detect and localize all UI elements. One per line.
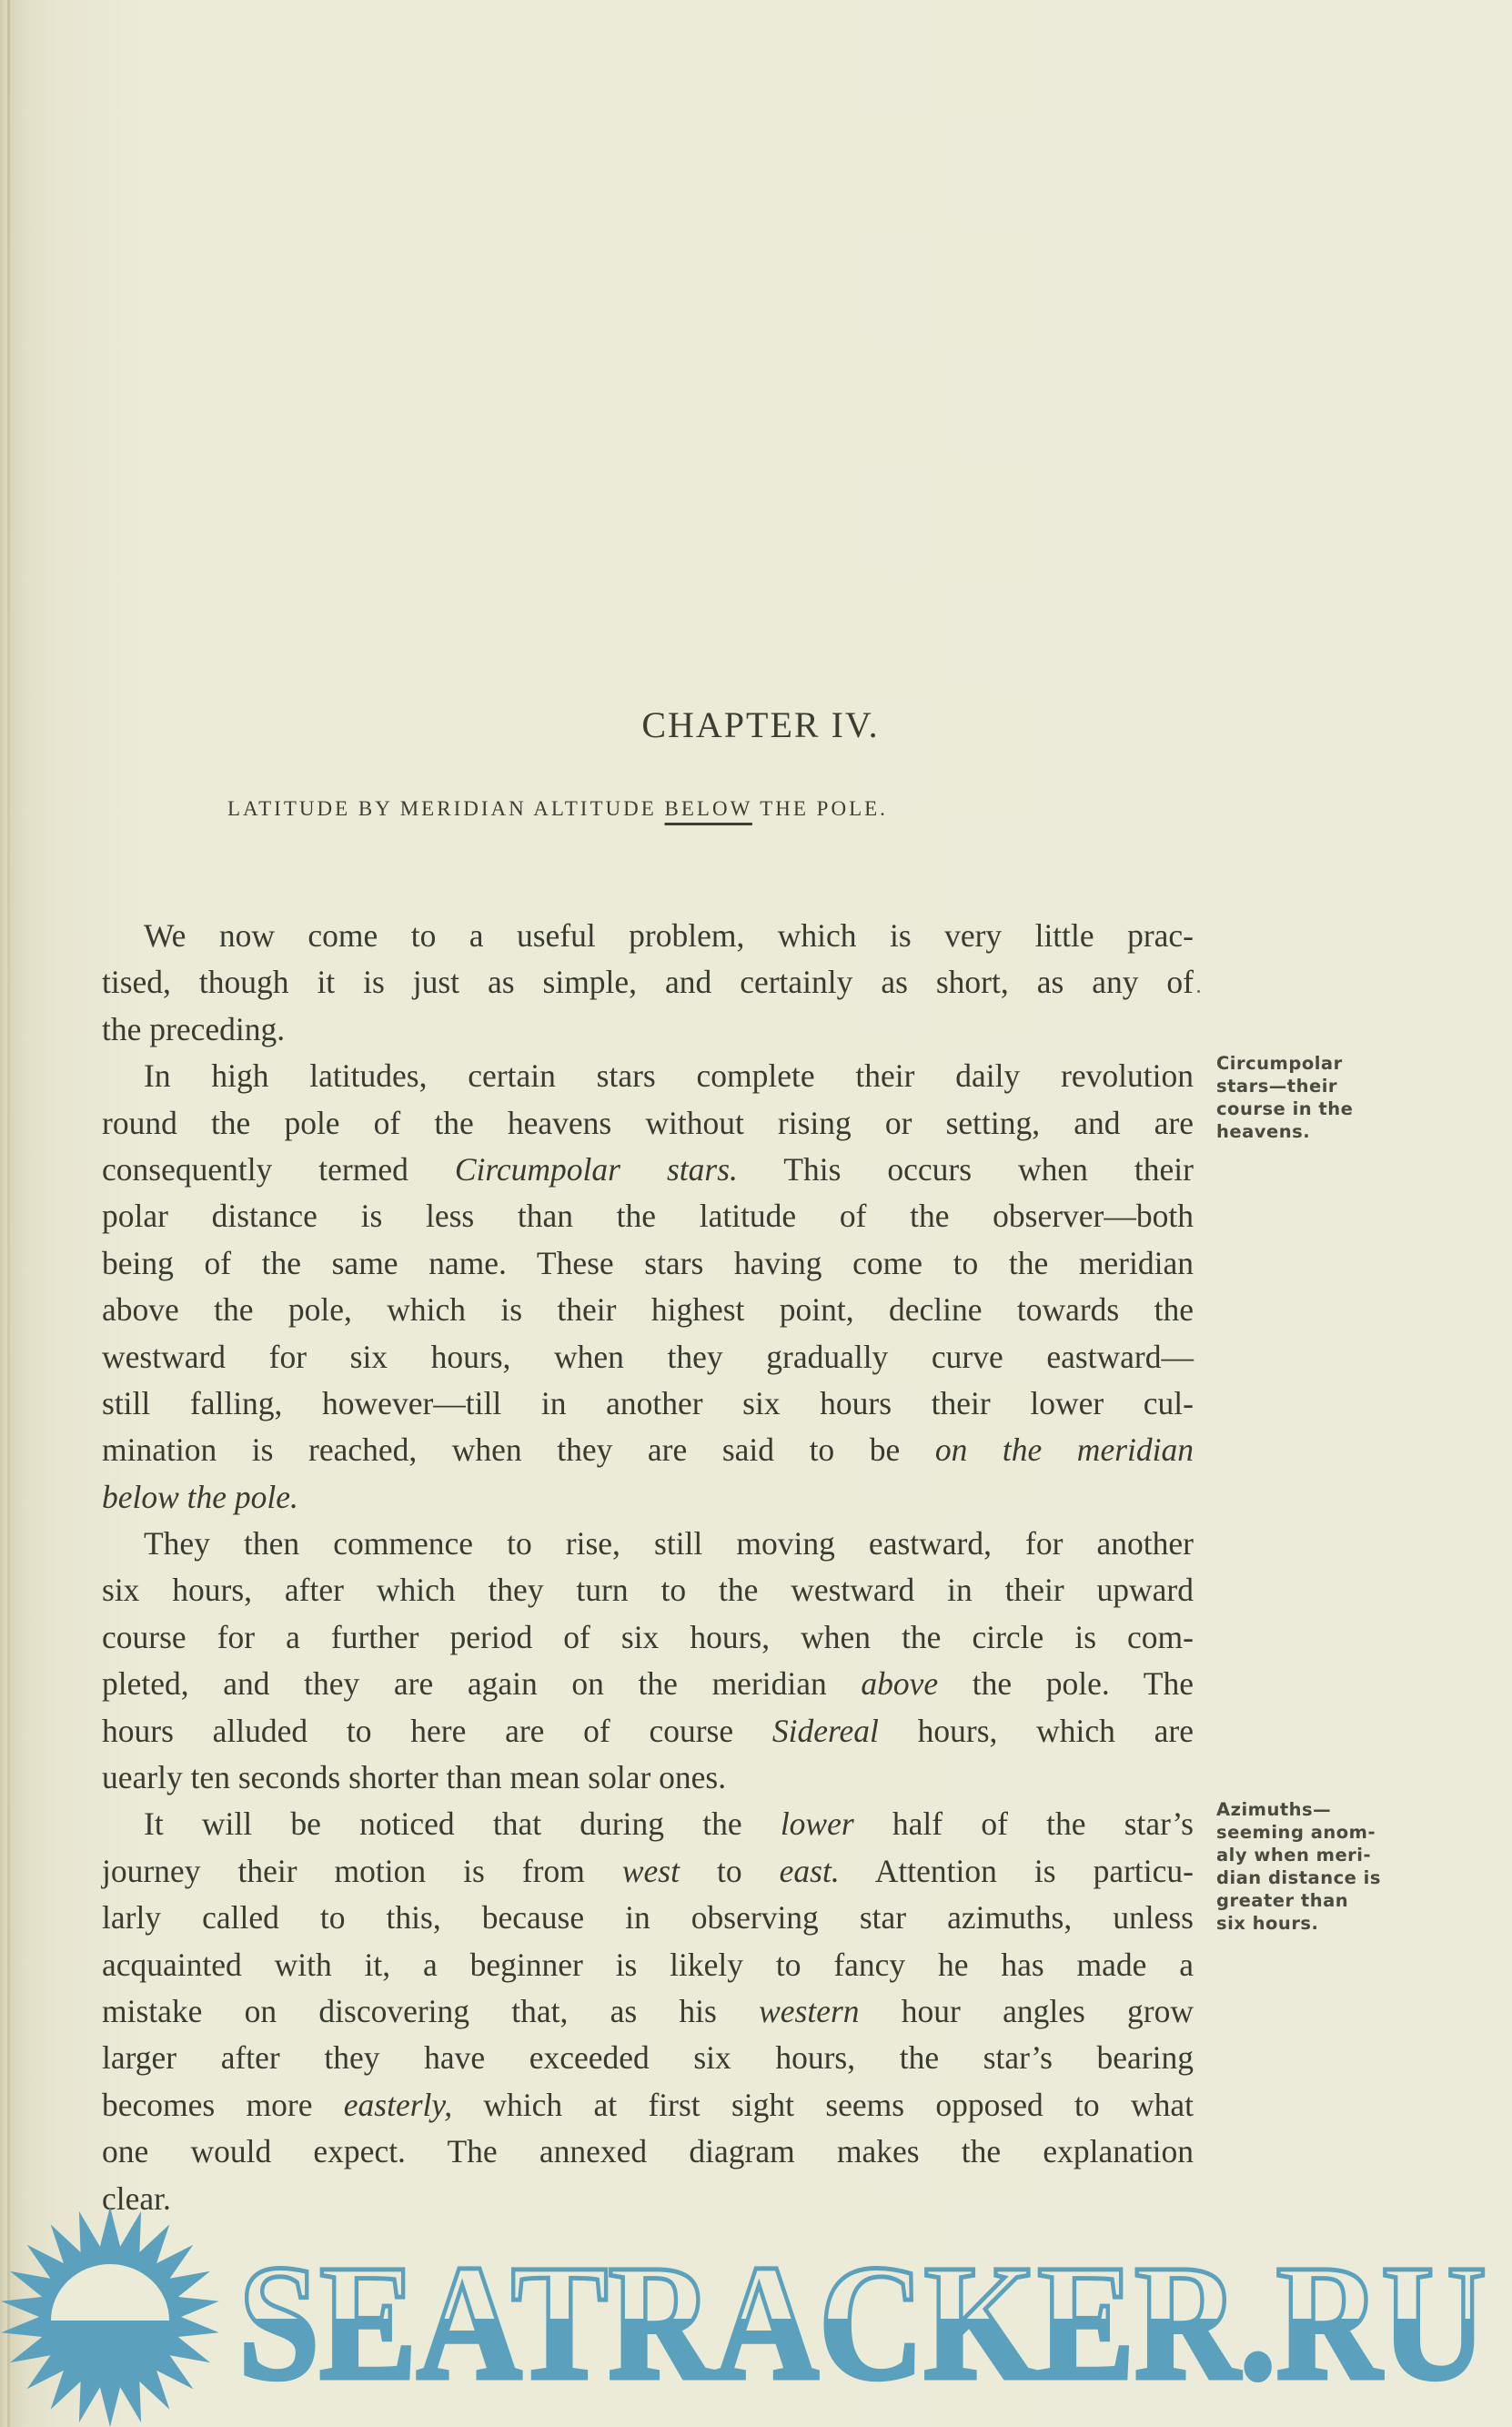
margin-note-line: dian distance is	[1216, 1866, 1398, 1889]
italic-term: western	[759, 1993, 859, 2029]
text-line: hours alluded to here are of course Side…	[102, 1708, 1194, 1755]
margin-note-line: Azimuths—	[1216, 1798, 1398, 1821]
italic-term: Sidereal	[772, 1713, 879, 1749]
text-line: They then commence to rise, still moving…	[102, 1521, 1194, 1567]
margin-note-line: course in the	[1216, 1097, 1398, 1120]
italic-term: below the pole.	[102, 1479, 298, 1515]
text-line: being of the same name. These stars havi…	[102, 1240, 1194, 1287]
chapter-title: CHAPTER IV.	[0, 703, 1512, 746]
italic-term: on the meridian	[935, 1431, 1194, 1468]
text-line: It will be noticed that during the lower…	[102, 1801, 1194, 1847]
margin-note-azimuths: Azimuths—seeming anom-aly when meri-dian…	[1216, 1798, 1398, 1935]
subtitle-before: LATITUDE BY MERIDIAN ALTITUDE	[227, 797, 665, 820]
book-spine-edge	[7, 0, 10, 2427]
margin-note-line: greater than	[1216, 1889, 1398, 1912]
text-line: larly called to this, because in observi…	[102, 1895, 1194, 1941]
text-line: mination is reached, when they are said …	[102, 1427, 1194, 1473]
italic-term: lower	[781, 1805, 854, 1842]
margin-note-circumpolar: Circumpolarstars—theircourse in theheave…	[1216, 1052, 1398, 1143]
chapter-title-text: CHAPTER IV.	[641, 703, 879, 746]
italic-term: Circumpolar stars.	[455, 1151, 738, 1188]
text-line: course for a further period of six hours…	[102, 1614, 1194, 1661]
margin-note-line: stars—their	[1216, 1075, 1398, 1097]
italic-term: above	[861, 1665, 938, 1702]
margin-note-line: Circumpolar	[1216, 1052, 1398, 1075]
text-line: round the pole of the heavens without ri…	[102, 1100, 1194, 1147]
text-line: pleted, and they are again on the meridi…	[102, 1661, 1194, 1707]
margin-note-line: six hours.	[1216, 1912, 1398, 1935]
margin-note-line: seeming anom-	[1216, 1821, 1398, 1844]
italic-term: west	[622, 1853, 680, 1889]
margin-note-line: aly when meri-	[1216, 1844, 1398, 1866]
text-line: We now come to a useful problem, which i…	[102, 913, 1194, 959]
half-sun-icon	[0, 2206, 224, 2427]
text-line: polar distance is less than the latitude…	[102, 1193, 1194, 1239]
text-line: In high latitudes, certain stars complet…	[102, 1053, 1194, 1099]
margin-note-line: heavens.	[1216, 1120, 1398, 1143]
text-line: six hours, after which they turn to the …	[102, 1567, 1194, 1613]
text-line: becomes more easterly, which at first si…	[102, 2082, 1194, 2129]
subtitle-underlined-word: BELOW	[665, 797, 752, 820]
text-line: the preceding.	[102, 1006, 1194, 1053]
text-line: one would expect. The annexed diagram ma…	[102, 2129, 1194, 2175]
text-line: westward for six hours, when they gradua…	[102, 1334, 1194, 1380]
subtitle-after: THE POLE.	[752, 797, 888, 820]
italic-term: east.	[780, 1853, 840, 1889]
text-line: below the pole.	[102, 1474, 1194, 1521]
text-line: larger after they have exceeded six hour…	[102, 2035, 1194, 2081]
chapter-subtitle: LATITUDE BY MERIDIAN ALTITUDE BELOW THE …	[227, 797, 1083, 821]
text-line: tised, though it is just as simple, and …	[102, 959, 1194, 1006]
text-line: mistake on discovering that, as his west…	[102, 1988, 1194, 2035]
print-speck	[1197, 990, 1200, 993]
text-line: uearly ten seconds shorter than mean sol…	[102, 1755, 1194, 1801]
watermark-logo-text: SEATRACKER.RU SEATRACKER.RU	[238, 2253, 1494, 2385]
text-line: journey their motion is from west to eas…	[102, 1848, 1194, 1895]
text-line: acquainted with it, a beginner is likely…	[102, 1942, 1194, 1988]
text-line: above the pole, which is their highest p…	[102, 1287, 1194, 1333]
body-text: We now come to a useful problem, which i…	[102, 913, 1194, 2222]
italic-term: easterly,	[344, 2087, 452, 2123]
text-line: consequently termed Circumpolar stars. T…	[102, 1147, 1194, 1193]
text-line: still falling, however—till in another s…	[102, 1380, 1194, 1427]
